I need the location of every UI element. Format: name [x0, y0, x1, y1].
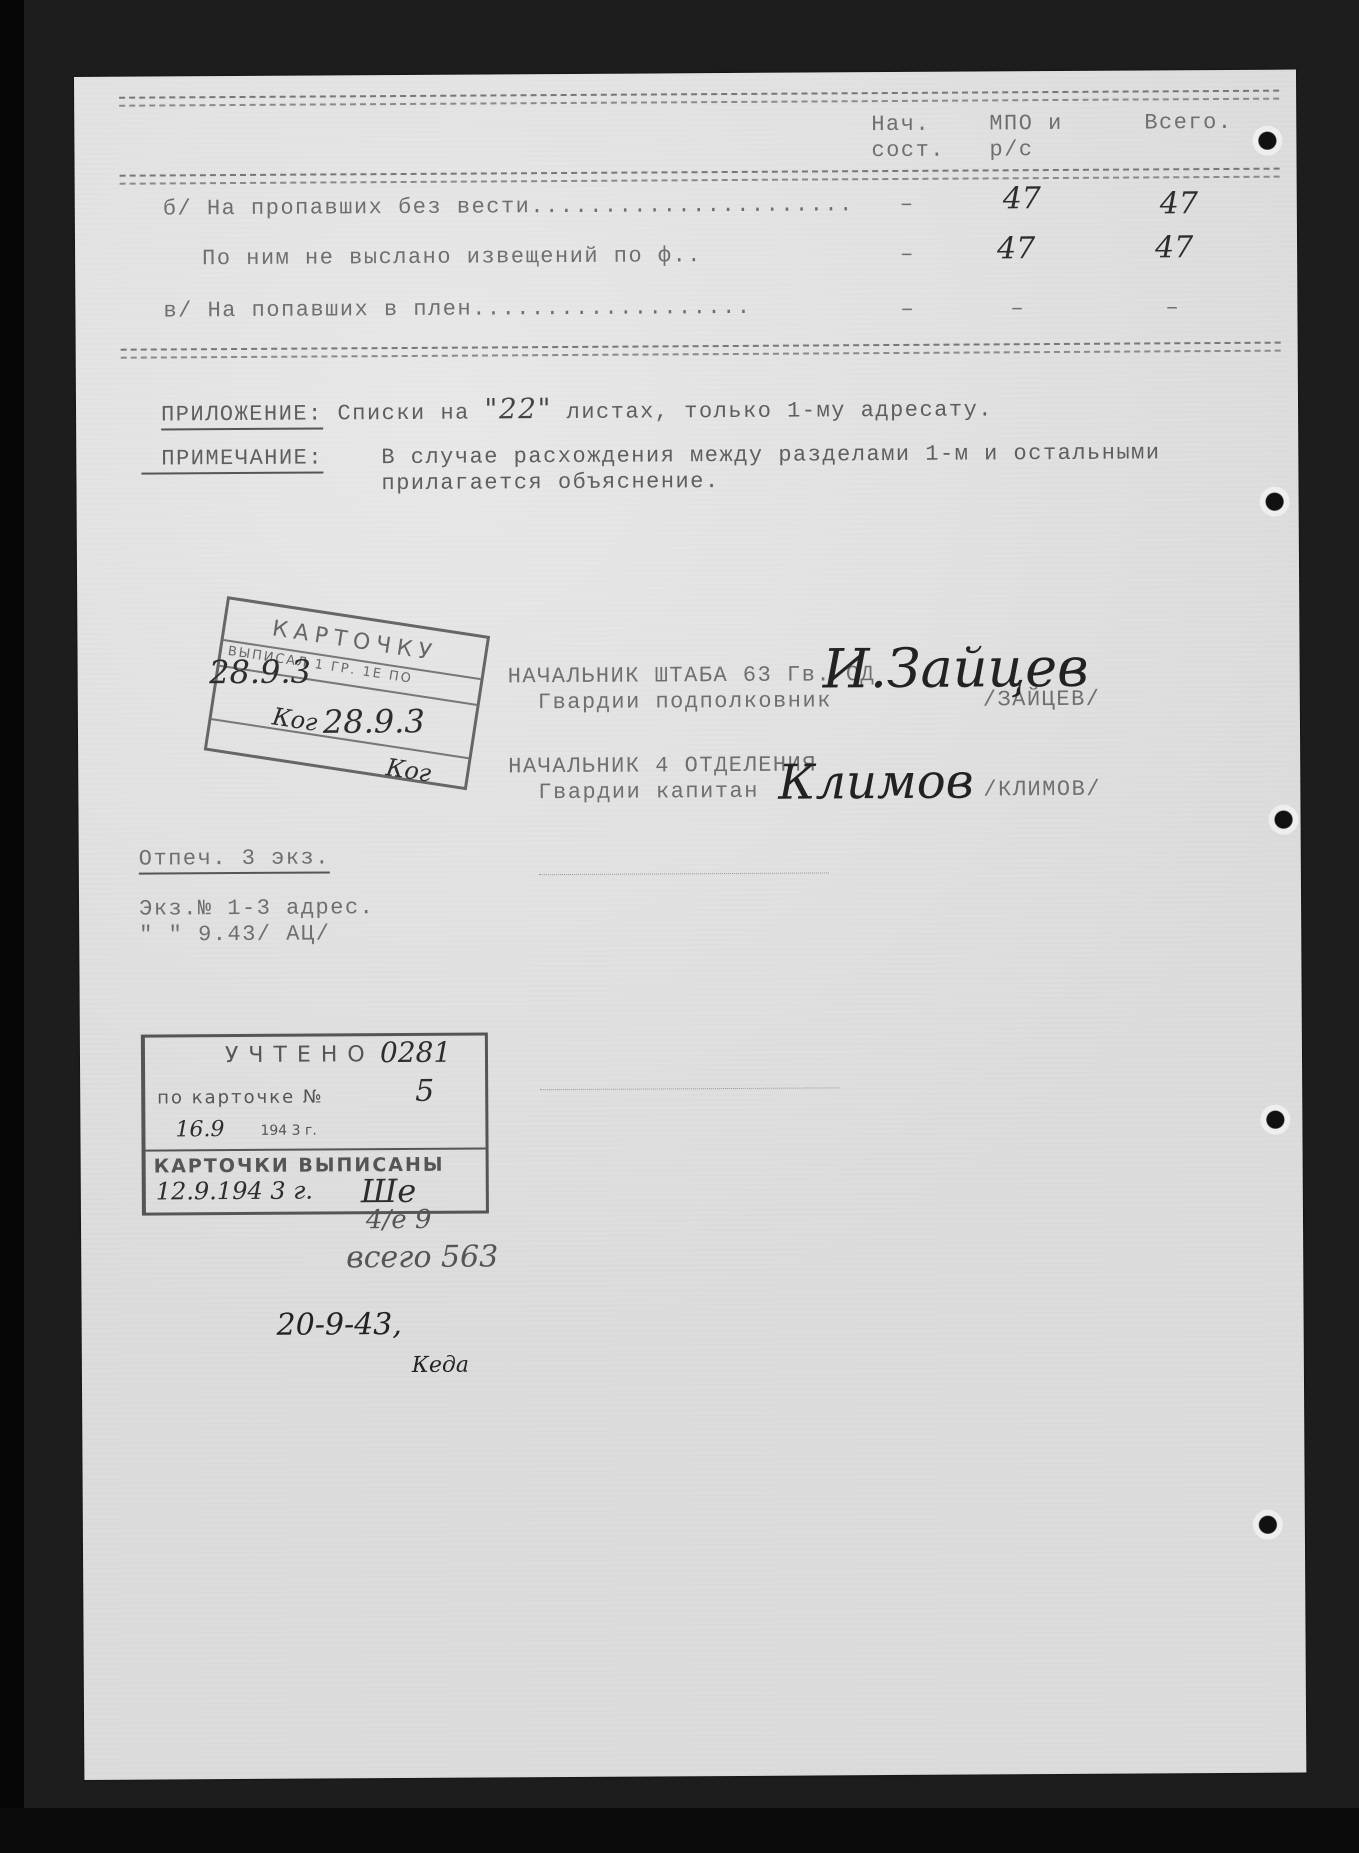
table-row: б/ На пропавших без вести...............…	[74, 70, 1296, 77]
row-total: –	[1165, 295, 1180, 320]
attachment-text-after: листах, только 1-му адресату.	[567, 397, 994, 425]
row-mpo-rs: 47	[1003, 181, 1041, 216]
attachment-line: ПРИЛОЖЕНИЕ: Списки на "22" листах, тольк…	[161, 389, 993, 427]
punch-hole	[1268, 805, 1298, 835]
card-stamp-date-1: 28.9.3	[209, 653, 311, 692]
dotted-rule	[540, 1087, 840, 1090]
signatory-name: /КЛИМОВ/	[983, 777, 1101, 803]
note-fraction: 4/е 9	[366, 1205, 432, 1235]
dashed-divider-top	[119, 90, 1279, 107]
record-stamp-number: 0281	[380, 1036, 451, 1069]
attachment-label: ПРИЛОЖЕНИЕ:	[161, 401, 323, 430]
handwritten-signature: И.Зайцев	[822, 636, 1088, 701]
record-stamp-cards-issued: КАРТОЧКИ ВЫПИСАНЫ	[154, 1154, 486, 1178]
table-row: По ним не выслано извещений по ф.. – 47 …	[74, 70, 1296, 77]
punch-hole	[1252, 126, 1282, 156]
card-stamp-date-2: 28.9.3	[323, 702, 425, 741]
row-total: 47	[1160, 186, 1198, 221]
note-label: ПРИМЕЧАНИЕ:	[141, 445, 323, 471]
col-header-mpo-rs: МПО и р/с	[989, 111, 1063, 163]
record-stamp: УЧТЕНО 0281 по карточке № 5 16.9 194 3 г…	[141, 1032, 489, 1215]
signatory-rank: Гвардии капитан	[538, 779, 759, 805]
record-stamp-rule	[146, 1148, 486, 1152]
table-row: в/ На попавших в плен...................…	[74, 70, 1296, 77]
record-stamp-card-number: 5	[415, 1074, 434, 1109]
record-stamp-issued-date: 12.9.194 3 г.	[156, 1177, 313, 1206]
card-stamp: КАРТОЧКУ ВЫПИСАЛ 1 ГР. 1Е ПО 28.9.3 28.9…	[204, 596, 490, 790]
punch-hole	[1260, 1105, 1290, 1135]
col-header-total: Всего.	[1144, 110, 1232, 136]
row-nach-sost: –	[900, 192, 915, 217]
scan-border-bottom	[0, 1808, 1359, 1853]
dashed-divider-bottom	[121, 342, 1281, 359]
card-stamp-initials: Ког	[384, 753, 433, 787]
note-signature: Кеда	[412, 1353, 469, 1378]
note-line-2: прилагается объяснение.	[381, 469, 719, 496]
signature-block-chief-of-staff: НАЧАЛЬНИК ШТАБА 63 Гв. СД Гвардии подпол…	[74, 70, 1296, 77]
row-nach-sost: –	[900, 242, 915, 267]
col-header-nach-sost: Нач. сост.	[871, 112, 945, 164]
note-date: 20-9-43,	[277, 1307, 402, 1343]
dashed-divider-header	[120, 168, 1280, 185]
row-nach-sost: –	[900, 297, 915, 322]
card-stamp-initials: Ког	[271, 702, 320, 736]
signatory-title: НАЧАЛЬНИК ШТАБА 63 Гв. СД	[508, 662, 876, 689]
print-date-line: " " 9.43/ АЦ/	[139, 921, 330, 947]
print-copy-line: Экз.№ 1-3 адрес.	[139, 895, 374, 921]
row-label: По ним не выслано извещений по ф..	[202, 243, 702, 271]
scan-border-left	[0, 0, 24, 1853]
signatory-rank: Гвардии подполковник	[538, 688, 832, 715]
attachment-sheet-count: "22"	[484, 392, 552, 425]
signatory-title: НАЧАЛЬНИК 4 ОТДЕЛЕНИЯ	[508, 752, 817, 779]
handwritten-signature: Климов	[778, 754, 974, 811]
signature-block-section-chief: НАЧАЛЬНИК 4 ОТДЕЛЕНИЯ Гвардии капитан /К…	[74, 70, 1296, 77]
record-stamp-year: 194 3 г.	[260, 1122, 485, 1139]
row-mpo-rs: 47	[997, 231, 1035, 266]
print-copies: Отпеч. 3 экз.	[139, 845, 330, 871]
note-line-1: В случае расхождения между разделами 1-м…	[381, 440, 1160, 470]
row-mpo-rs: –	[1010, 296, 1025, 321]
row-total: 47	[1155, 230, 1193, 265]
punch-hole	[1253, 1510, 1283, 1540]
record-stamp-date: 16.9	[175, 1117, 224, 1142]
attachment-text-before: Списки на	[337, 401, 469, 427]
row-label: б/ На пропавших без вести...............…	[163, 192, 854, 221]
dotted-rule	[539, 872, 829, 875]
document-page: Нач. сост. МПО и р/с Всего. б/ На пропав…	[74, 70, 1306, 1780]
note-total: всего 563	[346, 1239, 498, 1275]
punch-hole	[1260, 487, 1290, 517]
row-label: в/ На попавших в плен...................	[163, 295, 751, 324]
record-stamp-card-label: по карточке №	[157, 1086, 485, 1109]
